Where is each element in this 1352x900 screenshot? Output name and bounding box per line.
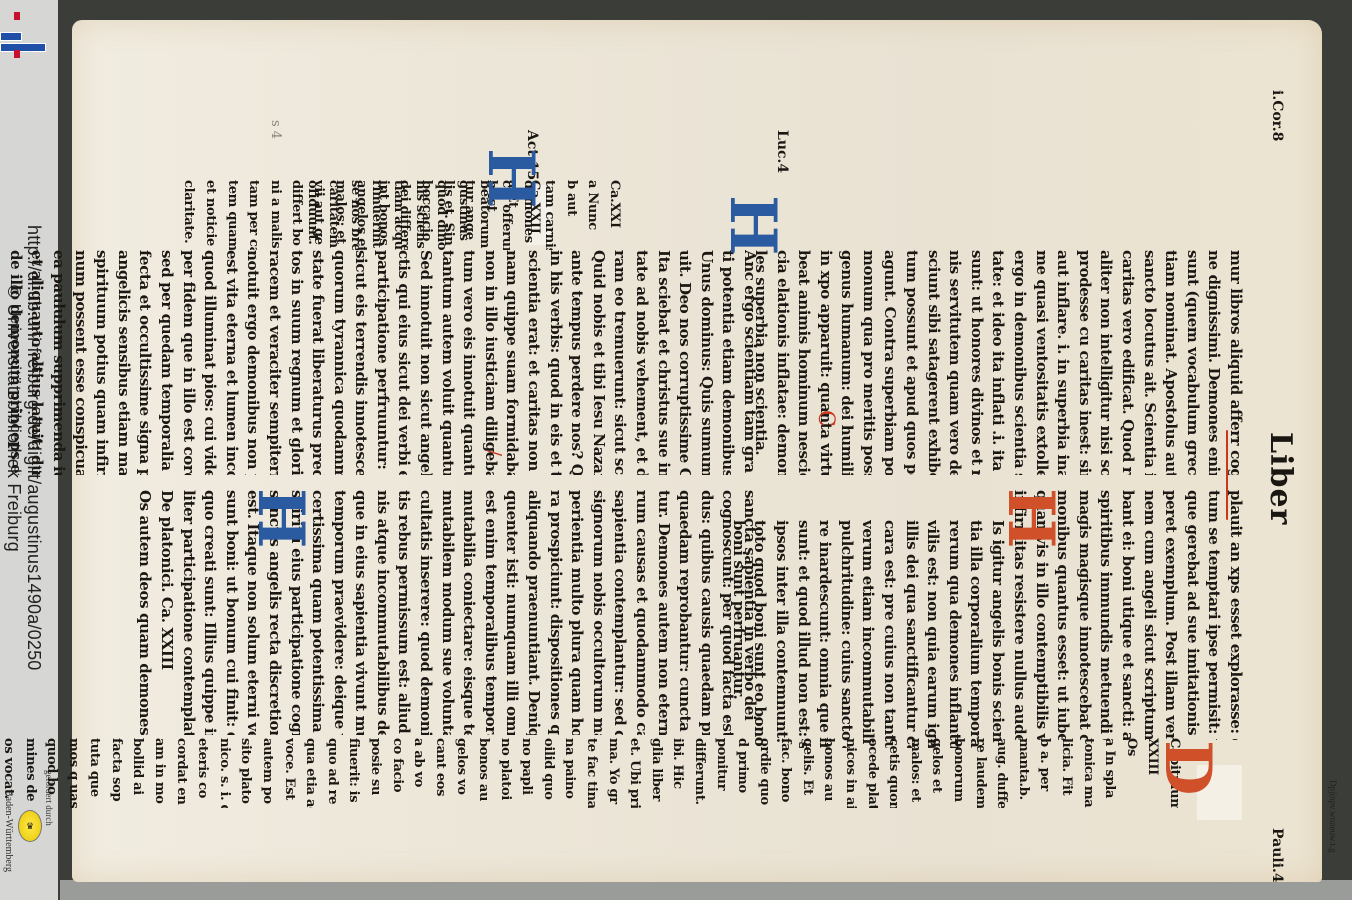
margin-ref-luc: Luc.4 xyxy=(774,130,790,173)
text-column-right-upper: mur libros aliquid afferr cognitio ne di… xyxy=(749,250,1246,475)
text-column-middle-upper: Anc ergo scientiam tam gra ti potentia e… xyxy=(4,250,760,475)
running-head: Liber xyxy=(1263,432,1298,525)
rubric-mark: C xyxy=(813,410,838,427)
initial-letter-h-blue-lower: H xyxy=(473,148,548,208)
underlying-page-edge xyxy=(60,880,1352,900)
text-column-middle-lower: sancta sapientia in verbo dei cognoscunt… xyxy=(134,490,760,735)
gloss-column-right: Capitulum XXIII Os a In spla tonica ma l… xyxy=(0,738,1185,808)
initial-letter-h-red: H xyxy=(993,488,1068,548)
initial-letter-h-blue: H xyxy=(715,195,790,255)
margin-ref-cor: i.Cor.8 xyxy=(1269,90,1285,141)
margin-ref-pauli: Pauli.4 xyxy=(1269,828,1285,883)
signature-mark: s 4 xyxy=(268,120,283,139)
right-edge-label: Dpjinpv.wnneuw.t.g xyxy=(1328,780,1338,853)
initial-letter-h-blue-bottom: H xyxy=(243,488,318,548)
text-capitulum-xxiii: Is igitur angelis bonis scien tia illa c… xyxy=(727,520,1008,748)
baden-wuerttemberg-coat-of-arms-icon: ♛ xyxy=(18,810,42,842)
rubric-mark: / xyxy=(484,450,505,456)
initial-letter-d-red: D xyxy=(1150,740,1225,796)
